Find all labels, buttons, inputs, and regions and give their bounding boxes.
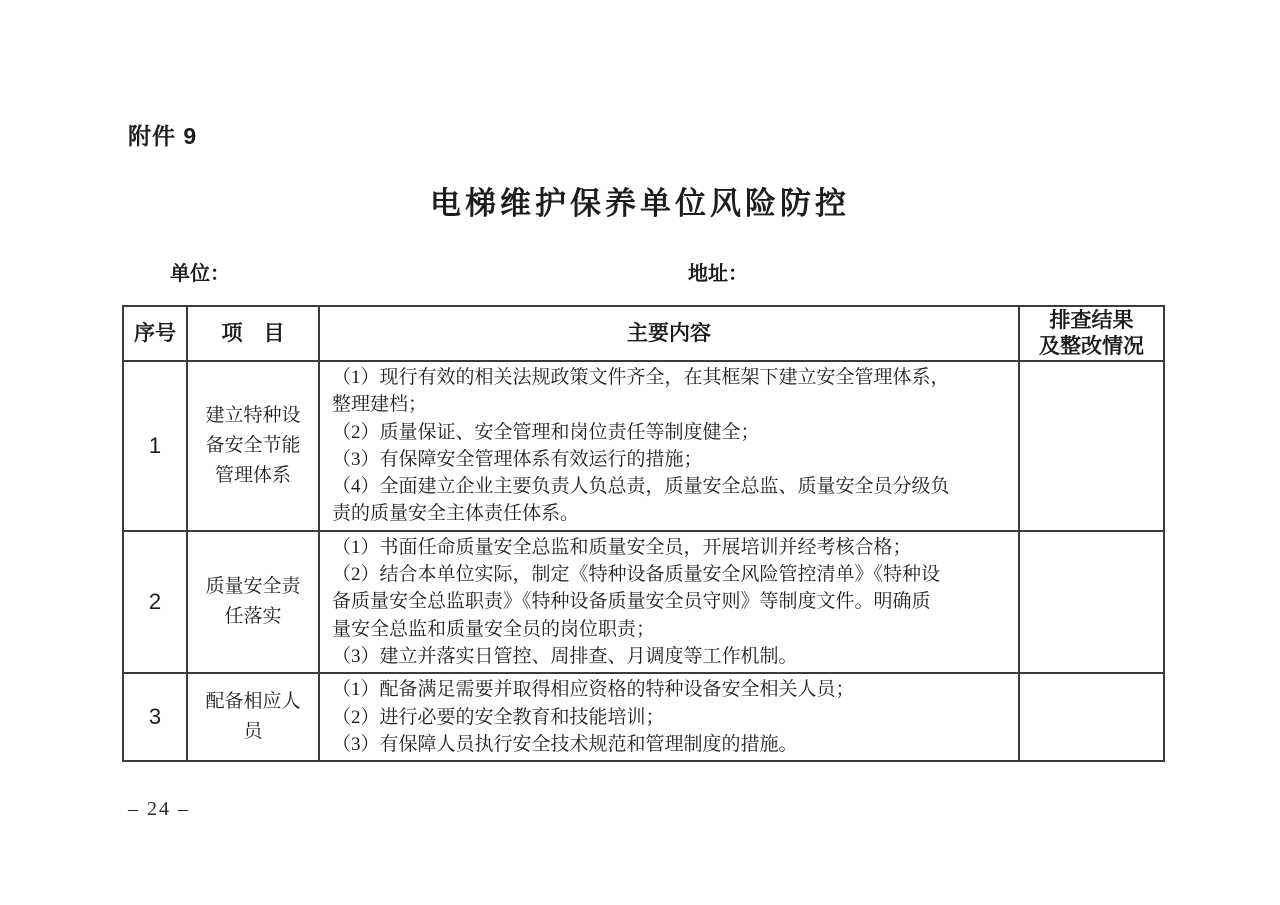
result-cell — [1019, 361, 1164, 531]
table-row: 1 建立特种设 备安全节能 管理体系 （1）现行有效的相关法规政策文件齐全，在其… — [123, 361, 1164, 531]
col-header-index: 序号 — [123, 306, 187, 361]
result-cell — [1019, 531, 1164, 673]
row-content: （1）书面任命质量安全总监和质量安全员，开展培训并经考核合格； （2）结合本单位… — [319, 531, 1019, 673]
row-index: 2 — [123, 531, 187, 673]
unit-label: 单位： — [170, 257, 230, 286]
row-item: 配备相应人 员 — [187, 673, 319, 761]
row-item: 建立特种设 备安全节能 管理体系 — [187, 361, 319, 531]
document-page: 附件 9 电梯维护保养单位风险防控 单位： 地址： 序号 项 目 主要内容 排查… — [0, 0, 1280, 905]
row-content: （1）现行有效的相关法规政策文件齐全，在其框架下建立安全管理体系， 整理建档； … — [319, 361, 1019, 531]
row-index: 1 — [123, 361, 187, 531]
table-row: 2 质量安全责 任落实 （1）书面任命质量安全总监和质量安全员，开展培训并经考核… — [123, 531, 1164, 673]
row-index: 3 — [123, 673, 187, 761]
attachment-label: 附件 9 — [128, 118, 197, 151]
address-label: 地址： — [688, 257, 748, 286]
col-header-result: 排查结果 及整改情况 — [1019, 306, 1164, 361]
row-content: （1）配备满足需要并取得相应资格的特种设备安全相关人员； （2）进行必要的安全教… — [319, 673, 1019, 761]
result-cell — [1019, 673, 1164, 761]
table-header-row: 序号 项 目 主要内容 排查结果 及整改情况 — [123, 306, 1164, 361]
page-title: 电梯维护保养单位风险防控 — [0, 178, 1280, 223]
col-header-content: 主要内容 — [319, 306, 1019, 361]
row-item: 质量安全责 任落实 — [187, 531, 319, 673]
risk-control-table: 序号 项 目 主要内容 排查结果 及整改情况 1 建立特种设 备安全节能 管理体… — [122, 305, 1165, 762]
col-header-item: 项 目 — [187, 306, 319, 361]
page-number: – 24 – — [128, 798, 190, 821]
table-row: 3 配备相应人 员 （1）配备满足需要并取得相应资格的特种设备安全相关人员； （… — [123, 673, 1164, 761]
